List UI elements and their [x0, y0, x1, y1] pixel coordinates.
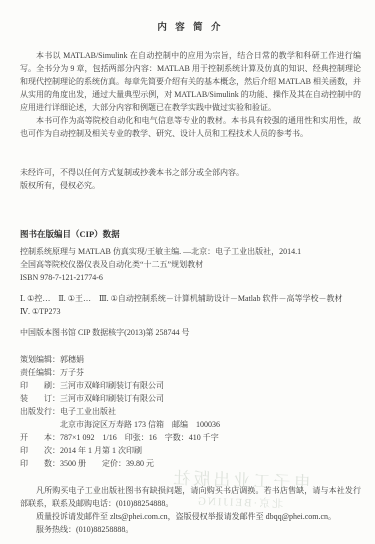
- publication-value: 3500 册 定价：39.80 元: [60, 459, 154, 468]
- cip-classification-block: Ⅰ. ①控… Ⅱ. ①王… Ⅲ. ①自动控制系统－计算机辅助设计－Matlab …: [20, 292, 361, 318]
- cip-class-line-2: Ⅳ. ①TP273: [20, 305, 361, 318]
- cip-class-line-1: Ⅰ. ①控… Ⅱ. ①王… Ⅲ. ①自动控制系统－计算机辅助设计－Matlab …: [20, 292, 361, 305]
- publication-value: 三河市双峰印刷装订有限公司: [60, 394, 164, 403]
- publication-value: 787×1 092 1/16 印张：16 字数：410 千字: [60, 433, 219, 442]
- publication-label: 装 订：: [20, 394, 60, 403]
- purchase-notes-block: 凡所购买电子工业出版社图书有缺损问题，请向购买书店调换。若书店售缺，请与本社发行…: [20, 484, 361, 536]
- content-summary-block: 本书以 MATLAB/Simulink 在自动控制中的应用为宗旨，结合日常的教学…: [20, 49, 361, 140]
- publication-value: 三河市双峰印刷装订有限公司: [60, 381, 164, 390]
- footer-note-1: 凡所购买电子工业出版社图书有缺损问题，请向购买书店调换。若书店售缺，请与本社发行…: [20, 484, 361, 510]
- book-copyright-page: 内 容 简 介 本书以 MATLAB/Simulink 在自动控制中的应用为宗旨…: [0, 0, 375, 544]
- publication-value: 电子工业出版社: [60, 407, 116, 416]
- publication-row-printing: 印 刷：三河市双峰印刷装订有限公司: [20, 379, 361, 392]
- publication-label: 印 次：: [20, 446, 60, 455]
- publication-row-copies-price: 印 数：3500 册 定价：39.80 元: [20, 457, 361, 470]
- publication-label: [20, 420, 60, 429]
- publication-row-address: 北京市海淀区万寿路 173 信箱 邮编 100036: [20, 418, 361, 431]
- publication-value: 万子芬: [60, 368, 84, 377]
- publication-label: 印 数：: [20, 459, 60, 468]
- footer-note-2: 质量投诉请发邮件至 zlts@phei.com.cn，盗版侵权举报请发邮件至 d…: [20, 510, 361, 523]
- publication-row-planning-editor: 策划编辑：郭穗娟: [20, 353, 361, 366]
- publication-row-publisher: 出版发行：电子工业出版社: [20, 405, 361, 418]
- publication-label: 印 刷：: [20, 381, 60, 390]
- publication-row-responsible-editor: 责任编辑：万子芬: [20, 366, 361, 379]
- publication-label: 策划编辑：: [20, 355, 60, 364]
- copyright-notice-block: 未经许可，不得以任何方式复制或抄袭本书之部分或全部内容。 版权所有，侵权必究。: [20, 166, 361, 192]
- cip-record-line: 中国版本图书馆 CIP 数据核字(2013)第 258744 号: [20, 326, 361, 339]
- publication-value: 北京市海淀区万寿路 173 信箱 邮编 100036: [60, 420, 220, 429]
- cip-heading: 图书在版编目（CIP）数据: [20, 228, 361, 241]
- publication-row-print-run-date: 印 次：2014 年 1 月第 1 次印刷: [20, 444, 361, 457]
- publication-value: 郭穗娟: [60, 355, 84, 364]
- footer-note-3: 服务热线：(010)88258888。: [20, 523, 361, 536]
- content-summary-title: 内 容 简 介: [20, 22, 361, 35]
- cip-isbn: ISBN 978-7-121-21774-6: [20, 271, 361, 284]
- copyright-notice-line-2: 版权所有，侵权必究。: [20, 179, 361, 192]
- cip-series-line: 全国高等院校仪器仪表及自动化类“十二五”规划教材: [20, 258, 361, 271]
- intro-paragraph-2: 本书可作为高等院校自动化和电气信息等专业的教材。本书具有较强的通用性和实用性，故…: [20, 114, 361, 140]
- publication-label: 责任编辑：: [20, 368, 60, 377]
- publication-label: 出版发行：: [20, 407, 60, 416]
- copyright-notice-line-1: 未经许可，不得以任何方式复制或抄袭本书之部分或全部内容。: [20, 166, 361, 179]
- publication-row-binding: 装 订：三河市双峰印刷装订有限公司: [20, 392, 361, 405]
- publication-row-format: 开 本：787×1 092 1/16 印张：16 字数：410 千字: [20, 431, 361, 444]
- publication-info-list: 策划编辑：郭穗娟 责任编辑：万子芬 印 刷：三河市双峰印刷装订有限公司 装 订：…: [20, 353, 361, 470]
- cip-data-block: 控制系统原理与 MATLAB 仿真实现/王敏主编. —北京：电子工业出版社，20…: [20, 245, 361, 284]
- cip-title-line: 控制系统原理与 MATLAB 仿真实现/王敏主编. —北京：电子工业出版社，20…: [20, 245, 361, 258]
- publication-value: 2014 年 1 月第 1 次印刷: [60, 446, 142, 455]
- publication-label: 开 本：: [20, 433, 60, 442]
- intro-paragraph-1: 本书以 MATLAB/Simulink 在自动控制中的应用为宗旨，结合日常的教学…: [20, 49, 361, 114]
